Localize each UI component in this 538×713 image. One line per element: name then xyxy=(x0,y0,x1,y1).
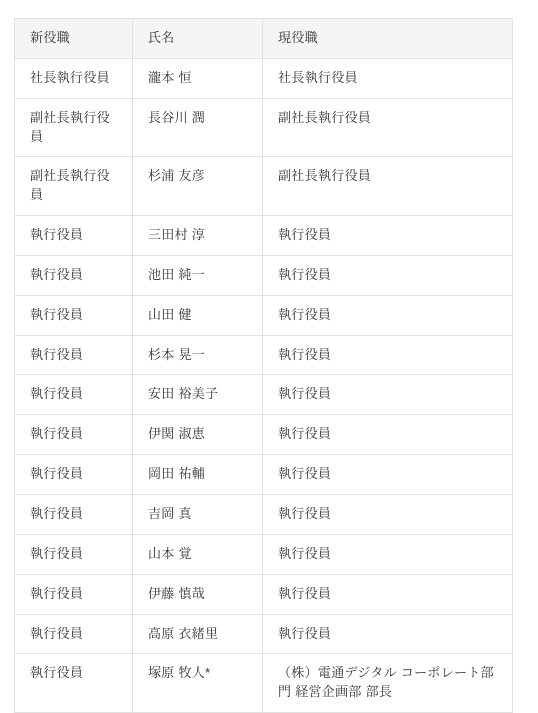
cell-new-position: 執行役員 xyxy=(15,375,133,415)
cell-new-position: 副社長執行役員 xyxy=(15,98,133,157)
cell-current-position: 執行役員 xyxy=(263,455,513,495)
cell-current-position: 執行役員 xyxy=(263,375,513,415)
cell-new-position: 執行役員 xyxy=(15,335,133,375)
cell-new-position: 社長執行役員 xyxy=(15,58,133,98)
cell-new-position: 執行役員 xyxy=(15,574,133,614)
cell-current-position: 執行役員 xyxy=(263,614,513,640)
column-header-current-position: 現役職 xyxy=(263,19,513,59)
cell-current-position: 社長執行役員 xyxy=(263,58,513,98)
table-row: 執行役員 山本 覚 執行役員 xyxy=(15,534,513,574)
cell-current-position: 執行役員 xyxy=(263,335,513,375)
cell-name: 高原 衣緒里 xyxy=(133,614,263,640)
cell-new-position: 執行役員 xyxy=(15,216,133,256)
table-row: 執行役員 山田 健 執行役員 xyxy=(15,295,513,335)
table-row: 執行役員 伊関 淑恵 執行役員 xyxy=(15,415,513,455)
table-row: 執行役員 杉本 晃一 執行役員 xyxy=(15,335,513,375)
cell-name: 池田 純一 xyxy=(133,255,263,295)
table-row: 執行役員 池田 純一 執行役員 xyxy=(15,255,513,295)
cell-current-position: 執行役員 xyxy=(263,255,513,295)
cell-new-position: 執行役員 xyxy=(15,415,133,455)
cell-current-position: 執行役員 xyxy=(263,415,513,455)
table-row: 副社長執行役員 長谷川 潤 副社長執行役員 xyxy=(15,98,513,157)
cell-new-position: 執行役員 xyxy=(15,455,133,495)
cell-current-position: 執行役員 xyxy=(263,216,513,256)
table-row: 副社長執行役員 杉浦 友彦 副社長執行役員 xyxy=(15,157,513,216)
cell-current-position: 副社長執行役員 xyxy=(263,157,513,216)
header-row: 新役職 氏名 現役職 xyxy=(15,19,513,59)
cell-current-position: 執行役員 xyxy=(263,295,513,335)
cell-name: 長谷川 潤 xyxy=(133,98,263,157)
table-row: 執行役員 三田村 淳 執行役員 xyxy=(15,216,513,256)
column-header-name: 氏名 xyxy=(133,19,263,59)
cell-new-position: 執行役員 xyxy=(15,534,133,574)
table-row: 社長執行役員 瀧本 恒 社長執行役員 xyxy=(15,58,513,98)
cell-name: 吉岡 真 xyxy=(133,494,263,534)
table-body: 社長執行役員 瀧本 恒 社長執行役員 副社長執行役員 長谷川 潤 副社長執行役員… xyxy=(15,58,513,640)
table-row: 執行役員 高原 衣緒里 執行役員 xyxy=(15,614,513,640)
cell-current-position: 副社長執行役員 xyxy=(263,98,513,157)
cell-new-position: 執行役員 xyxy=(15,295,133,335)
cell-name: 山本 覚 xyxy=(133,534,263,574)
cell-current-position: 執行役員 xyxy=(263,534,513,574)
table-row: 執行役員 安田 裕美子 執行役員 xyxy=(15,375,513,415)
cell-new-position: 副社長執行役員 xyxy=(15,157,133,216)
appointments-table-container: 新役職 氏名 現役職 社長執行役員 瀧本 恒 社長執行役員 副社長執行役員 長谷… xyxy=(14,18,513,640)
cell-name: 安田 裕美子 xyxy=(133,375,263,415)
table-row: 執行役員 伊藤 慎哉 執行役員 xyxy=(15,574,513,614)
cell-name: 杉浦 友彦 xyxy=(133,157,263,216)
table-header: 新役職 氏名 現役職 xyxy=(15,19,513,59)
cell-current-position: 執行役員 xyxy=(263,494,513,534)
cell-new-position: 執行役員 xyxy=(15,255,133,295)
cell-name: 伊関 淑恵 xyxy=(133,415,263,455)
table-row: 執行役員 岡田 祐輔 執行役員 xyxy=(15,455,513,495)
cell-name: 伊藤 慎哉 xyxy=(133,574,263,614)
cell-name: 山田 健 xyxy=(133,295,263,335)
cell-new-position: 執行役員 xyxy=(15,494,133,534)
cell-name: 岡田 祐輔 xyxy=(133,455,263,495)
cell-name: 三田村 淳 xyxy=(133,216,263,256)
cell-name: 杉本 晃一 xyxy=(133,335,263,375)
cell-current-position: 執行役員 xyxy=(263,574,513,614)
column-header-new-position: 新役職 xyxy=(15,19,133,59)
cell-name: 瀧本 恒 xyxy=(133,58,263,98)
cell-new-position: 執行役員 xyxy=(15,614,133,640)
table-row: 執行役員 吉岡 真 執行役員 xyxy=(15,494,513,534)
appointments-table: 新役職 氏名 現役職 社長執行役員 瀧本 恒 社長執行役員 副社長執行役員 長谷… xyxy=(14,18,513,640)
